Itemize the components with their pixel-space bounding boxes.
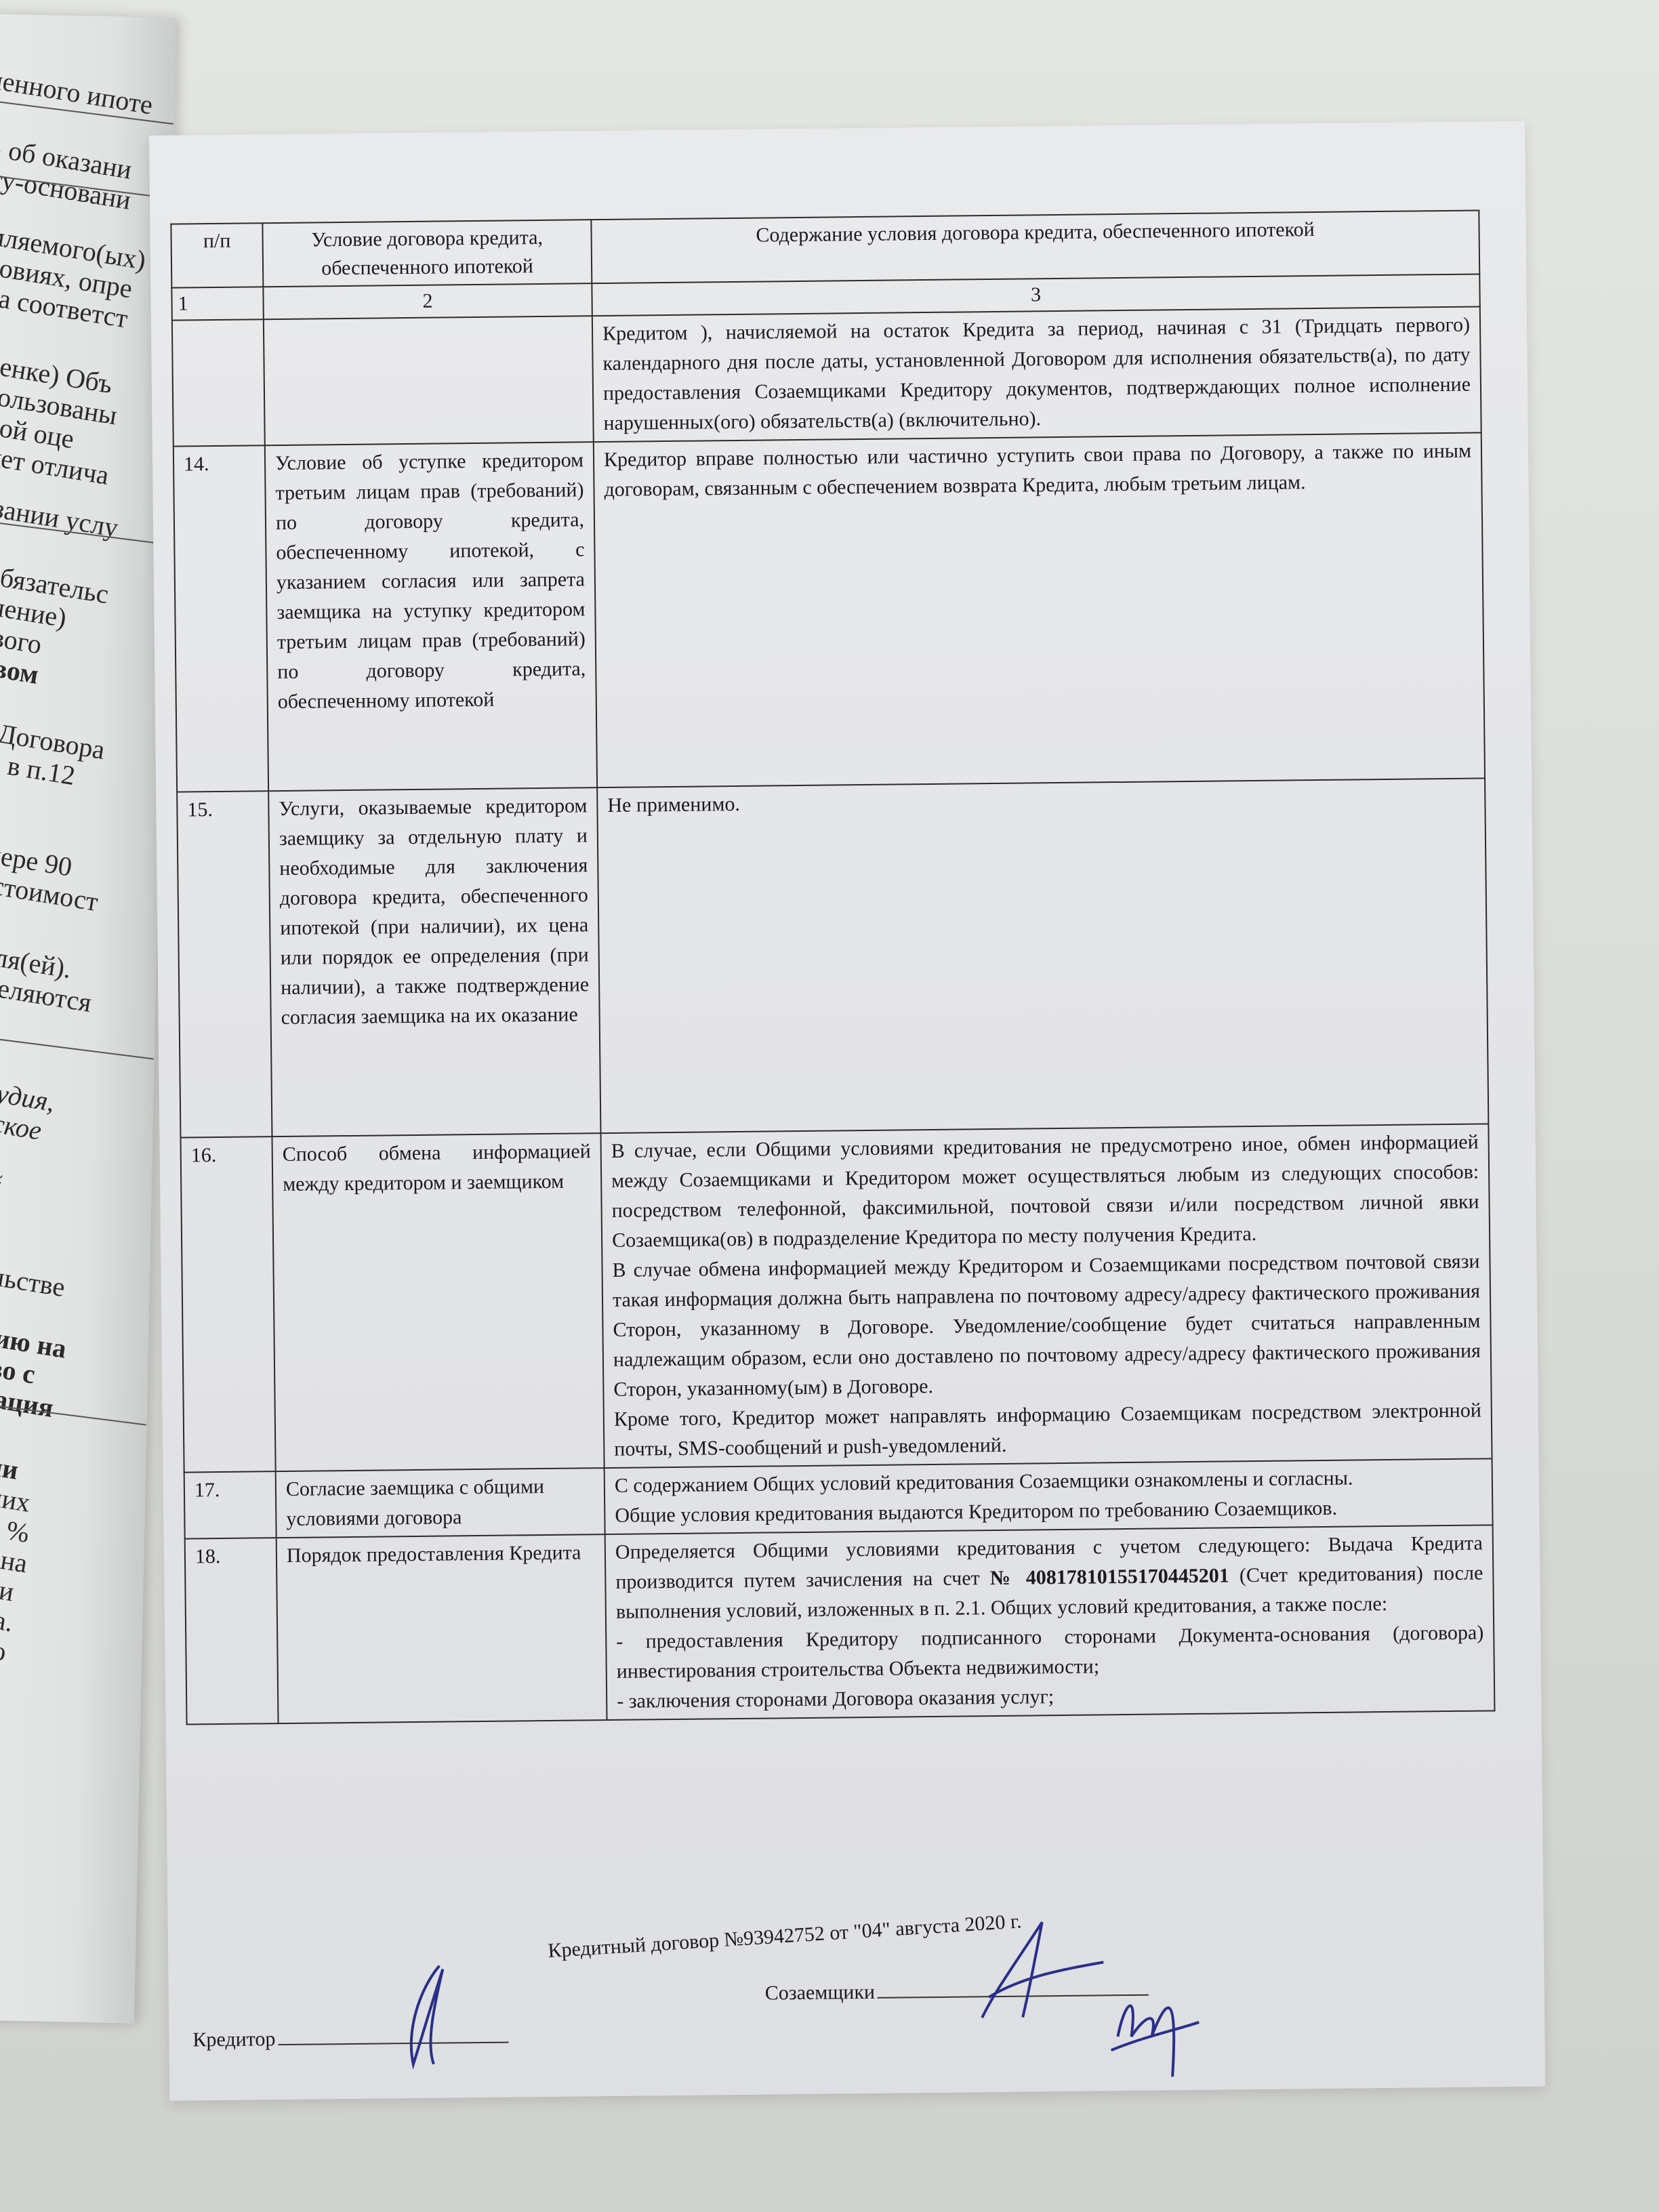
content-bullet: - предоставления Кредитору подписанного … [616,1618,1484,1687]
contract-reference: Кредитный договор №93942752 от "04" авгу… [548,1910,1023,1963]
coborrowers-label: Созаемщики [765,1981,876,2005]
document-page: п/п Условие договора кредита, обеспеченн… [149,121,1545,2101]
row-content: С содержанием Общих условий кредитования… [605,1458,1493,1534]
row-condition: Условие об уступке кредитором третьим ли… [265,442,597,791]
table-row: Кредитом ), начисляемой на остаток Креди… [172,306,1481,446]
row-number: 14. [173,445,268,792]
row-content: Кредитор вправе полностью или частично у… [594,432,1485,787]
creditor-signature [392,1962,474,2076]
row-number [172,319,265,446]
column-index-2: 2 [263,283,592,319]
table-row: 18. Порядок предоставления Кредита Опред… [185,1525,1495,1724]
row-condition [264,316,594,445]
content-paragraph: Кроме того, Кредитор может направлять ин… [614,1396,1482,1465]
row-content: В случае, если Общими условиями кредитов… [600,1124,1492,1468]
row-condition: Услуги, оказываемые кредитором заемщику … [268,787,600,1136]
content-paragraph: В случае обмена информацией между Кредит… [612,1247,1481,1405]
coborrower-signature-2 [1103,1961,1200,2089]
header-condition: Условие договора кредита, обеспеченного … [262,220,592,287]
table-row: 15. Услуги, оказываемые кредитором заемщ… [177,778,1488,1137]
back-page: еченного ипотеа» об оказанинту-основанио… [0,14,176,2024]
row-content: Не применимо. [597,778,1488,1133]
table-row: 14. Условие об уступке кредитором третьи… [173,432,1485,792]
row-condition: Согласие заемщика с общими условиями дог… [276,1468,605,1538]
content-paragraph: В случае, если Общими условиями кредитов… [611,1128,1480,1256]
table-row: 16. Способ обмена информацией между кред… [180,1124,1492,1472]
row-condition: Способ обмена информацией между кредитор… [272,1133,604,1471]
row-number: 17. [184,1471,276,1538]
row-number: 16. [180,1136,275,1472]
row-number: 18. [185,1538,279,1724]
creditor-label: Кредитор [192,2028,275,2051]
coborrower-signature-1 [975,1914,1111,2036]
back-page-text-line: щей [0,1162,4,1201]
row-number: 15. [177,791,272,1137]
content-paragraph: Определяется Общими условиями кредитован… [615,1529,1483,1627]
content-paragraph: Кредитор вправе полностью или частично у… [604,436,1472,505]
row-condition: Порядок предоставления Кредита [276,1534,607,1723]
column-index-1: 1 [171,287,263,320]
back-page-text-line: ительстве [0,1254,67,1303]
back-page-text-line: и/или [0,1443,20,1486]
row-content: Кредитом ), начисляемой на остаток Креди… [592,306,1481,442]
header-content: Содержание условия договора кредита, обе… [591,210,1479,283]
page-footer: Кредитный договор №93942752 от "04" авгу… [167,1897,1545,2087]
row-content: Определяется Общими условиями кредитован… [605,1525,1495,1720]
back-page-rule [0,1033,154,1060]
photo-scene: еченного ипотеа» об оказанинту-основанио… [0,0,1659,2212]
loan-terms-table: п/п Условие договора кредита, обеспеченн… [170,209,1495,1725]
content-paragraph: Кредитом ), начисляемой на остаток Креди… [602,310,1471,438]
account-number: № 40817810155170445201 [990,1564,1229,1589]
content-paragraph: Не применимо. [607,782,1475,821]
header-number: п/п [171,223,263,287]
